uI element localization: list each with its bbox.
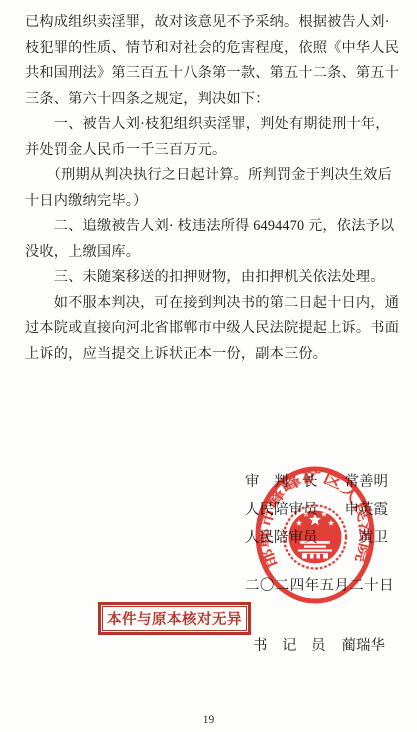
body-line: 没收，上缴国库。 bbox=[25, 240, 395, 266]
judgment-date: 二〇二四年五月二十日 bbox=[245, 574, 391, 595]
signature-row-presiding-judge: 审 判 长 常善明 bbox=[245, 474, 388, 491]
body-line: 三条、第六十四条之规定，判决如下： bbox=[25, 87, 395, 113]
body-line: 共和国刑法》第三百五十八条第一款、第五十二条、第五十 bbox=[25, 61, 395, 87]
body-line: （刑期从判决执行之日起计算。所判罚金于判决生效后 bbox=[25, 163, 395, 189]
body-line: 上诉的，应当提交上诉状正本一份，副本三份。 bbox=[25, 342, 395, 368]
juror-name: 申英霞 bbox=[345, 502, 389, 519]
page-number: 19 bbox=[0, 714, 417, 726]
judge-name: 常善明 bbox=[345, 474, 389, 491]
juror-role-label: 人民陪审员 bbox=[245, 530, 318, 547]
body-line: 枝犯罪的性质、情节和对社会的危害程度，依照《中华人民 bbox=[25, 36, 395, 62]
body-line: 如不服本判决，可在接到判决书的第二日起十日内，通 bbox=[25, 291, 395, 317]
body-line: 并处罚金人民币一千三百万元。 bbox=[25, 138, 395, 164]
judge-role-label: 审 判 长 bbox=[245, 474, 318, 491]
judgment-body-text: 已构成组织卖淫罪，故对该意见不予采纳。根据被告人刘· 枝犯罪的性质、情节和对社会… bbox=[25, 10, 395, 367]
body-line: 一、被告人刘·枝犯组织卖淫罪，判处有期徒刑十年， bbox=[25, 112, 395, 138]
clerk-role-label: 书 记 员 bbox=[253, 634, 326, 655]
juror-name: 黄卫 bbox=[359, 530, 388, 547]
signature-row-clerk: 书 记 员 蔺瑞华 bbox=[253, 634, 385, 655]
signature-row-juror-2: 人民陪审员 黄卫 bbox=[245, 530, 388, 547]
body-line: 二、追缴被告人刘· 枝违法所得 6494470 元，依法予以 bbox=[25, 214, 395, 240]
certification-stamp: 本件与原本核对无异 bbox=[98, 602, 251, 635]
body-line: 已构成组织卖淫罪，故对该意见不予采纳。根据被告人刘· bbox=[25, 10, 395, 36]
clerk-name: 蔺瑞华 bbox=[342, 634, 386, 655]
document-page: 已构成组织卖淫罪，故对该意见不予采纳。根据被告人刘· 枝犯罪的性质、情节和对社会… bbox=[0, 0, 417, 732]
signature-row-juror-1: 人民陪审员 申英霞 bbox=[245, 502, 388, 519]
body-line: 过本院或直接向河北省邯郸市中级人民法院提起上诉。书面 bbox=[25, 316, 395, 342]
body-line: 三、未随案移送的扣押财物，由扣押机关依法处理。 bbox=[25, 265, 395, 291]
juror-role-label: 人民陪审员 bbox=[245, 502, 318, 519]
certification-stamp-text: 本件与原本核对无异 bbox=[102, 606, 247, 631]
body-line: 十日内缴纳完毕。） bbox=[25, 189, 395, 215]
